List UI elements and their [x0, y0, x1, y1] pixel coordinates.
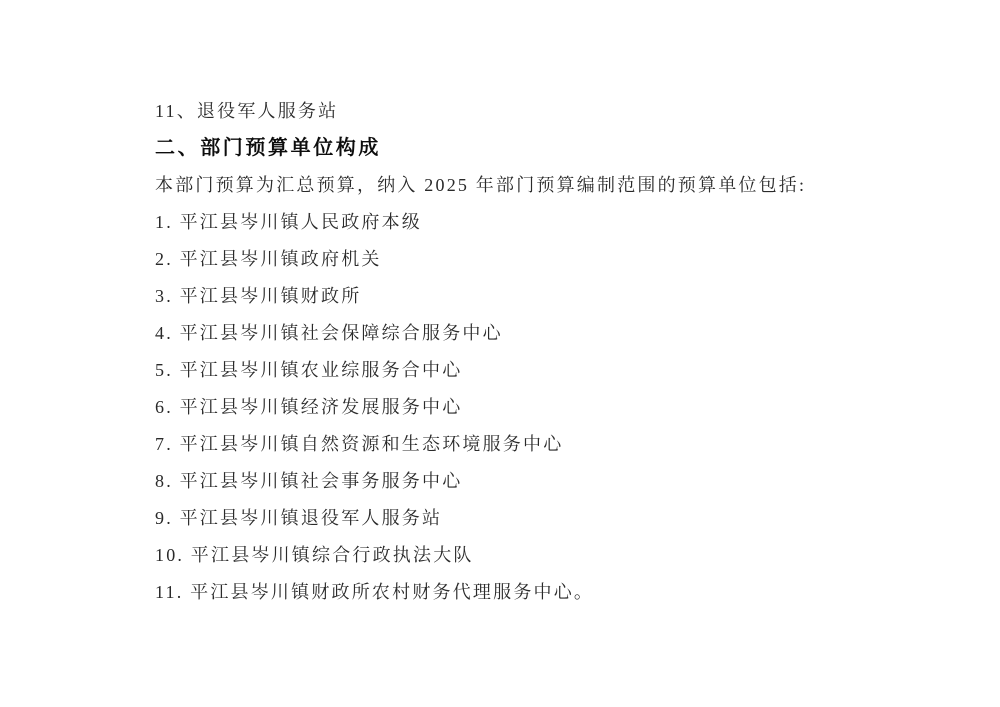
section-heading: 二、部门预算单位构成 — [155, 130, 960, 167]
document-content: 11、退役军人服务站 二、部门预算单位构成 本部门预算为汇总预算，纳入 2025… — [155, 93, 960, 611]
document-page: 11、退役军人服务站 二、部门预算单位构成 本部门预算为汇总预算，纳入 2025… — [0, 0, 1000, 707]
budget-unit-item: 11. 平江县岑川镇财政所农村财务代理服务中心。 — [155, 574, 960, 611]
budget-unit-item: 8. 平江县岑川镇社会事务服务中心 — [155, 463, 960, 500]
budget-unit-item: 10. 平江县岑川镇综合行政执法大队 — [155, 537, 960, 574]
budget-unit-item: 2. 平江县岑川镇政府机关 — [155, 241, 960, 278]
budget-unit-item: 9. 平江县岑川镇退役军人服务站 — [155, 500, 960, 537]
previous-section-list-item: 11、退役军人服务站 — [155, 93, 960, 130]
budget-unit-item: 3. 平江县岑川镇财政所 — [155, 278, 960, 315]
budget-unit-item: 5. 平江县岑川镇农业综服务合中心 — [155, 352, 960, 389]
budget-unit-item: 1. 平江县岑川镇人民政府本级 — [155, 204, 960, 241]
budget-unit-item: 4. 平江县岑川镇社会保障综合服务中心 — [155, 315, 960, 352]
budget-unit-item: 7. 平江县岑川镇自然资源和生态环境服务中心 — [155, 426, 960, 463]
budget-unit-item: 6. 平江县岑川镇经济发展服务中心 — [155, 389, 960, 426]
intro-paragraph: 本部门预算为汇总预算，纳入 2025 年部门预算编制范围的预算单位包括: — [155, 167, 960, 204]
